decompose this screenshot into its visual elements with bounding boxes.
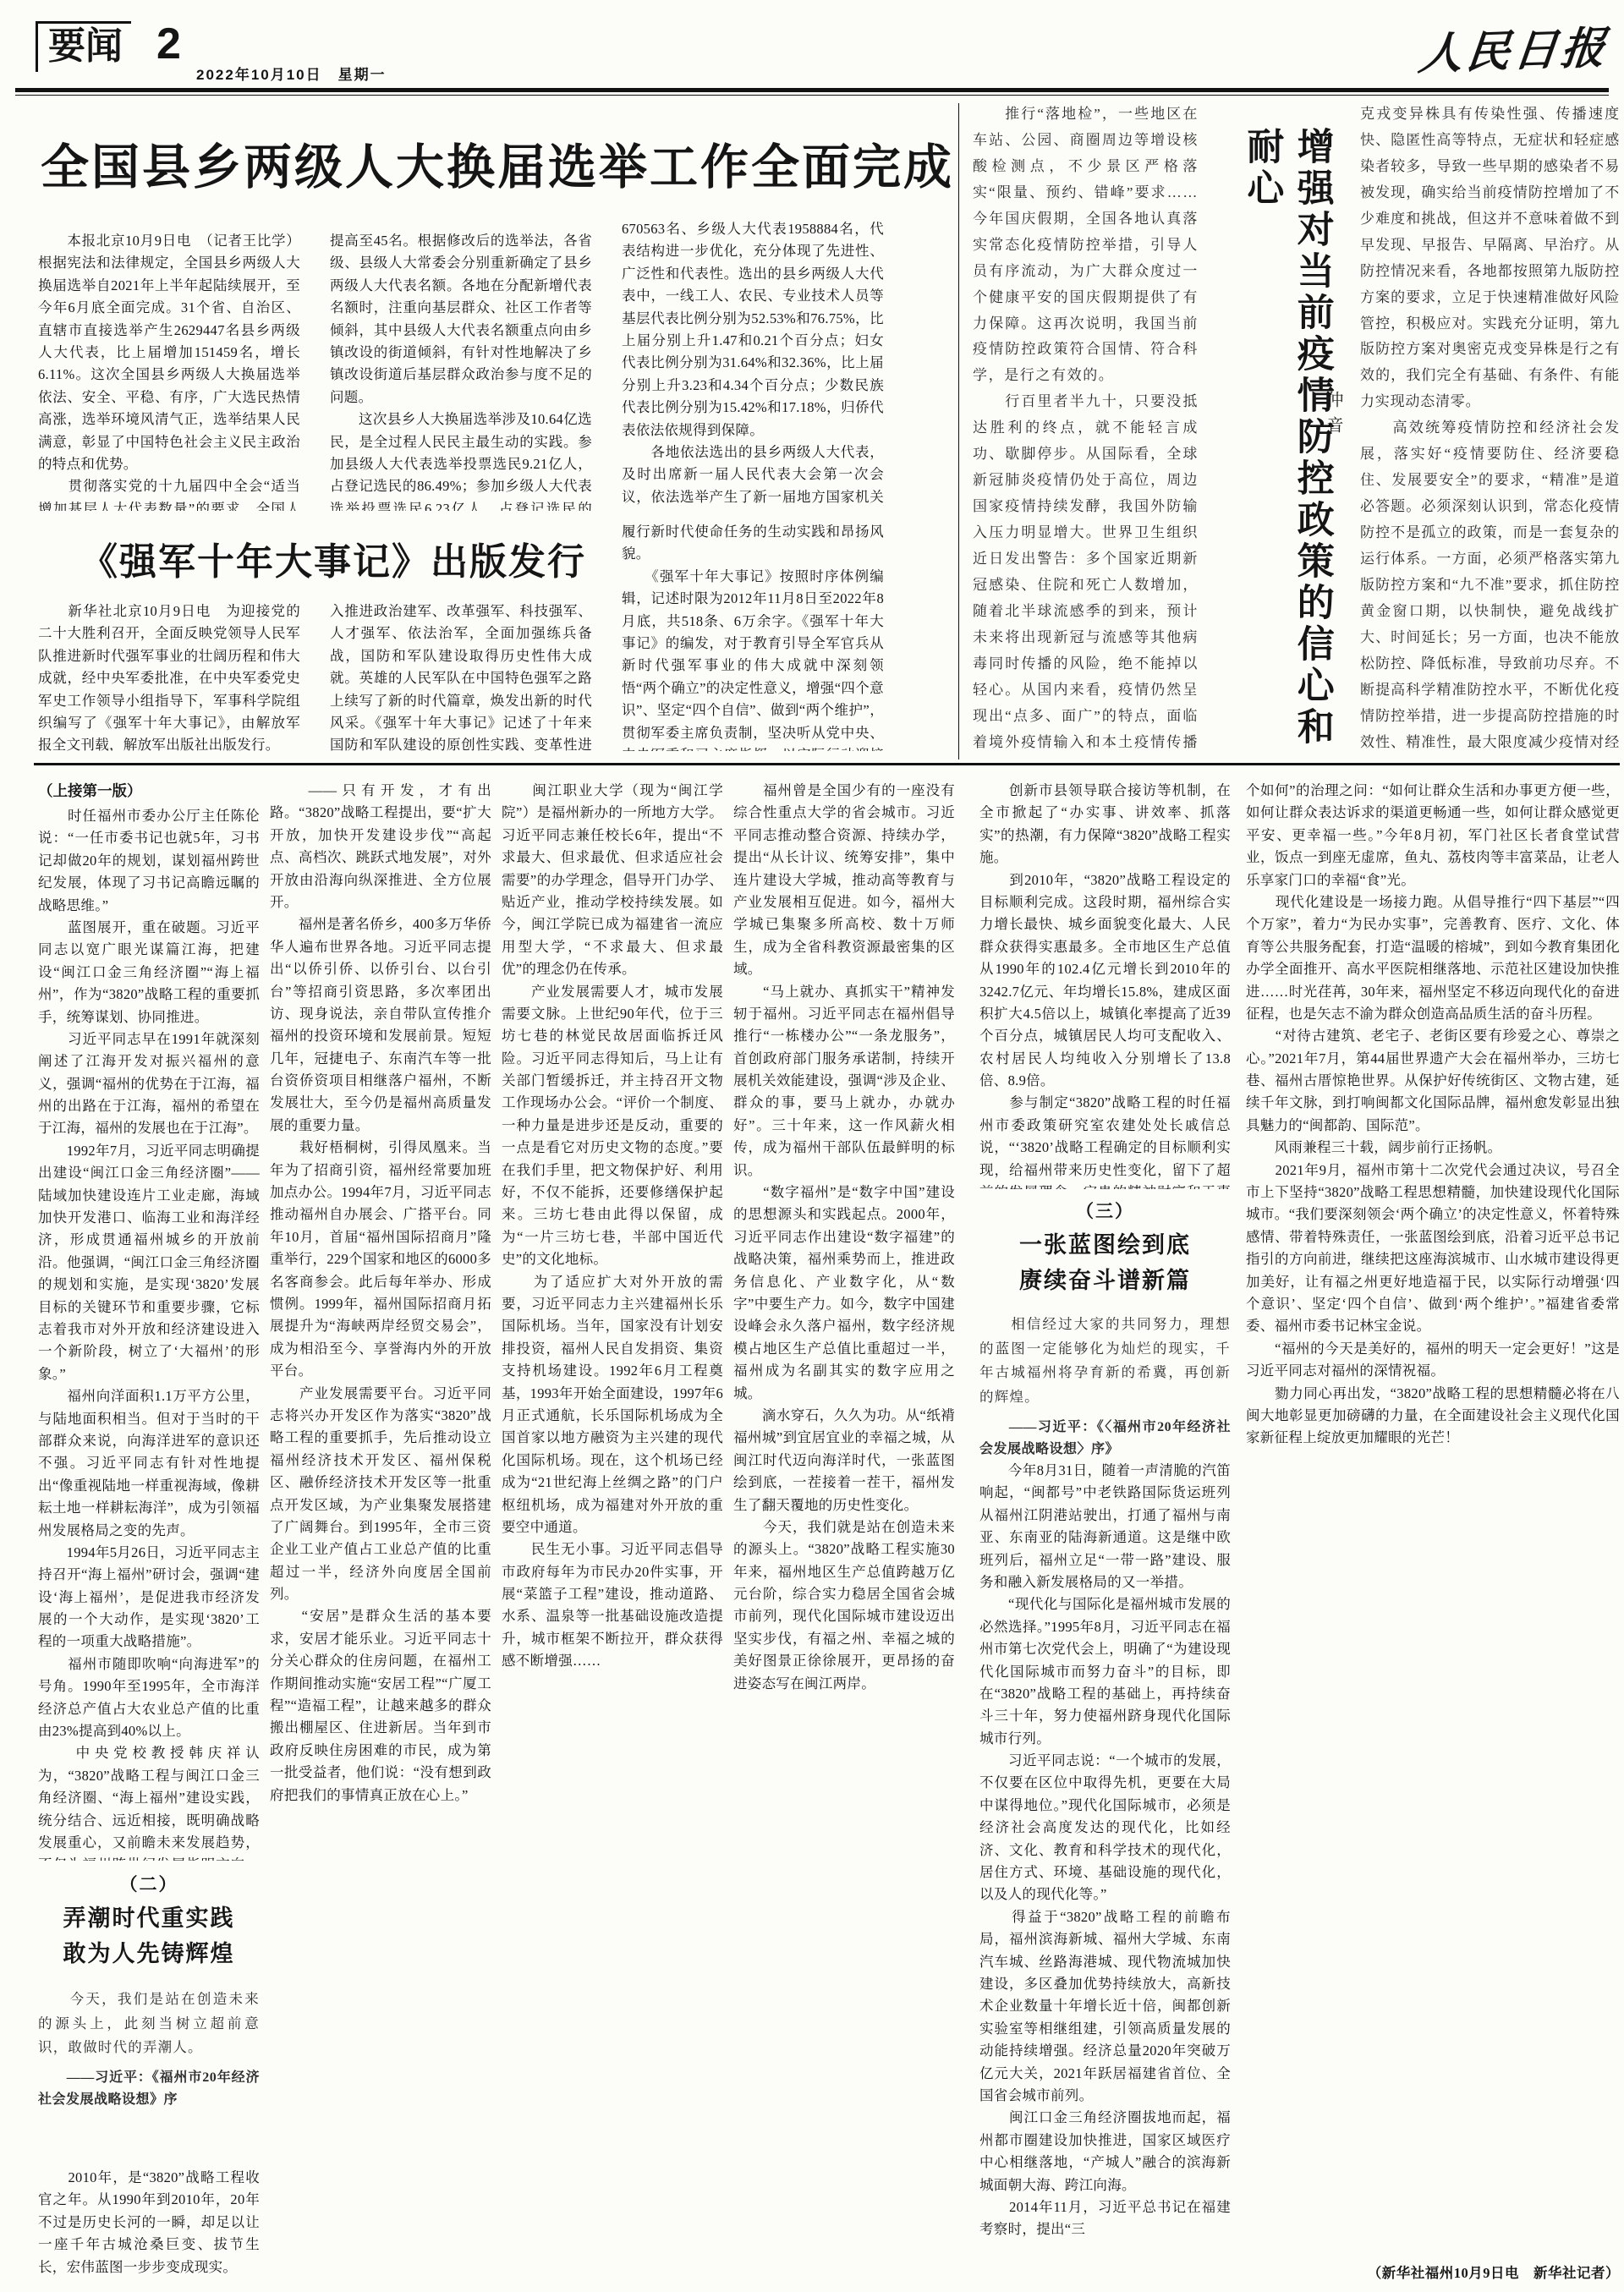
feature-col5-post: 今年8月31日，随着一声清脆的汽笛响起，“闽都号”中老铁路国际货运班列从福州江阴… bbox=[979, 1460, 1231, 2287]
section3-quote: 相信经过大家的共同努力，理想的蓝图一定能够化为灿烂的现实，千年古城福州将孕育新的… bbox=[979, 1313, 1231, 1411]
section-name: 要闻 bbox=[36, 21, 131, 72]
article1-col2: 提高至45名。根据修改后的选举法，各省级、县级人大常委会分别重新确定了县乡两级人… bbox=[330, 230, 592, 511]
article2-headline: 《强军十年大事记》出版发行 bbox=[80, 531, 554, 585]
section3-title-line1: 一张蓝图绘到底 bbox=[979, 1228, 1231, 1264]
section3-title-line2: 赓续奋斗谱新篇 bbox=[979, 1264, 1231, 1299]
feature-col6: 个如何”的治理之问：“如何让群众生活和办事更方便一些，如何让群众表达诉求的渠道更… bbox=[1246, 780, 1620, 2258]
header-rule bbox=[15, 88, 1609, 92]
article2-col2: 入推进政治建军、改革强军、科技强军、人才强军、依法治军，全面加强练兵备战，国防和… bbox=[330, 600, 592, 751]
xinhua-credit: （新华社福州10月9日电 新华社记者） bbox=[1246, 2262, 1620, 2282]
section2-title-line1: 弄潮时代重实践 bbox=[38, 1901, 260, 1937]
newspaper-page: 要闻 2 2022年10月10日 星期一 人民日报 全国县乡两级人大换届选举工作… bbox=[0, 0, 1624, 2292]
header-rule-thin bbox=[15, 95, 1609, 96]
section2-number: （二） bbox=[38, 1871, 260, 1896]
section3-number: （三） bbox=[979, 1198, 1231, 1223]
page-number: 2 bbox=[156, 19, 181, 69]
feature-col1-post: 2010年，是“3820”战略工程收官之年。从1990年到2010年，20年不过… bbox=[38, 2167, 260, 2285]
commentary-col-right: 克戎变异株具有传染性强、传播速度快、隐匿性高等特点，无症状和轻症感染者较多，导致… bbox=[1360, 101, 1620, 754]
masthead-logo: 人民日报 bbox=[1416, 12, 1612, 82]
feature-col1: 时任福州市委办公厅主任陈伦说：“一任市委书记也就5年，习书记却做20年的规划，谋… bbox=[38, 805, 260, 1861]
section3-citation: ——习近平：《〈福州市20年经济社会发展战略设想〉序》 bbox=[979, 1417, 1231, 1460]
article1-col1: 本报北京10月9日电 （记者王比学）根据宪法和法律规定，全国县乡两级人大换届选举… bbox=[38, 230, 300, 511]
feature-section3: （三） 一张蓝图绘到底 赓续奋斗谱新篇 相信经过大家的共同努力，理想的蓝图一定能… bbox=[979, 1198, 1231, 1460]
article1-headline: 全国县乡两级人大换届选举工作全面完成 bbox=[41, 129, 886, 198]
feature-section2: （二） 弄潮时代重实践 敢为人先铸辉煌 今天，我们是站在创造未来的源头上，此刻当… bbox=[38, 1871, 260, 2111]
feature-col5: 创新市县领导联合接访等机制，在全市掀起了“办实事、讲效率、抓落实”的热潮，有力保… bbox=[979, 780, 1231, 1189]
feature-col2: ——只有开发，才有出路。“3820”战略工程提出，要“扩大开放，加快开发建设步伐… bbox=[270, 780, 491, 2287]
article2-col3: 履行新时代使命任务的生动实践和昂扬风貌。 《强军十年大事记》按照时序体例编辑，记… bbox=[622, 521, 884, 751]
feature-col3: 闽江职业大学（现为“闽江学院”）是福州新办的一所地方大学。习近平同志兼任校长6年… bbox=[502, 780, 723, 2287]
section2-quote: 今天，我们是站在创造未来的源头上，此刻当树立超前意识，敢做时代的弄潮人。 bbox=[38, 1988, 260, 2061]
divider-vertical-top bbox=[958, 103, 959, 759]
section2-citation: ——习近平：《福州市20年经济社会发展战略设想》序 bbox=[38, 2067, 260, 2110]
continued-from-mark: （上接第一版） bbox=[38, 780, 142, 801]
feature-col4: 福州曾是全国少有的一座没有综合性重点大学的省会城市。习近平同志推动整合资源、持续… bbox=[733, 780, 955, 2287]
divider-horizontal-mid bbox=[34, 763, 1620, 765]
article1-col3: 670563名、乡级人大代表1958884名，代表结构进一步优化，充分体现了先进… bbox=[622, 218, 884, 511]
article2-col1: 新华社北京10月9日电 为迎接党的二十大胜利召开，全面反映党领导人民军队推进新时… bbox=[38, 600, 300, 751]
commentary-col-left: 推行“落地检”，一些地区在车站、公园、商圈周边等增设核酸检测点，不少景区严格落实… bbox=[973, 101, 1199, 754]
section-header: 要闻 2 bbox=[36, 15, 181, 69]
date-line: 2022年10月10日 星期一 bbox=[196, 63, 387, 84]
commentary-byline: 仲音 bbox=[1321, 391, 1346, 492]
section2-title-line2: 敢为人先铸辉煌 bbox=[38, 1937, 260, 1972]
